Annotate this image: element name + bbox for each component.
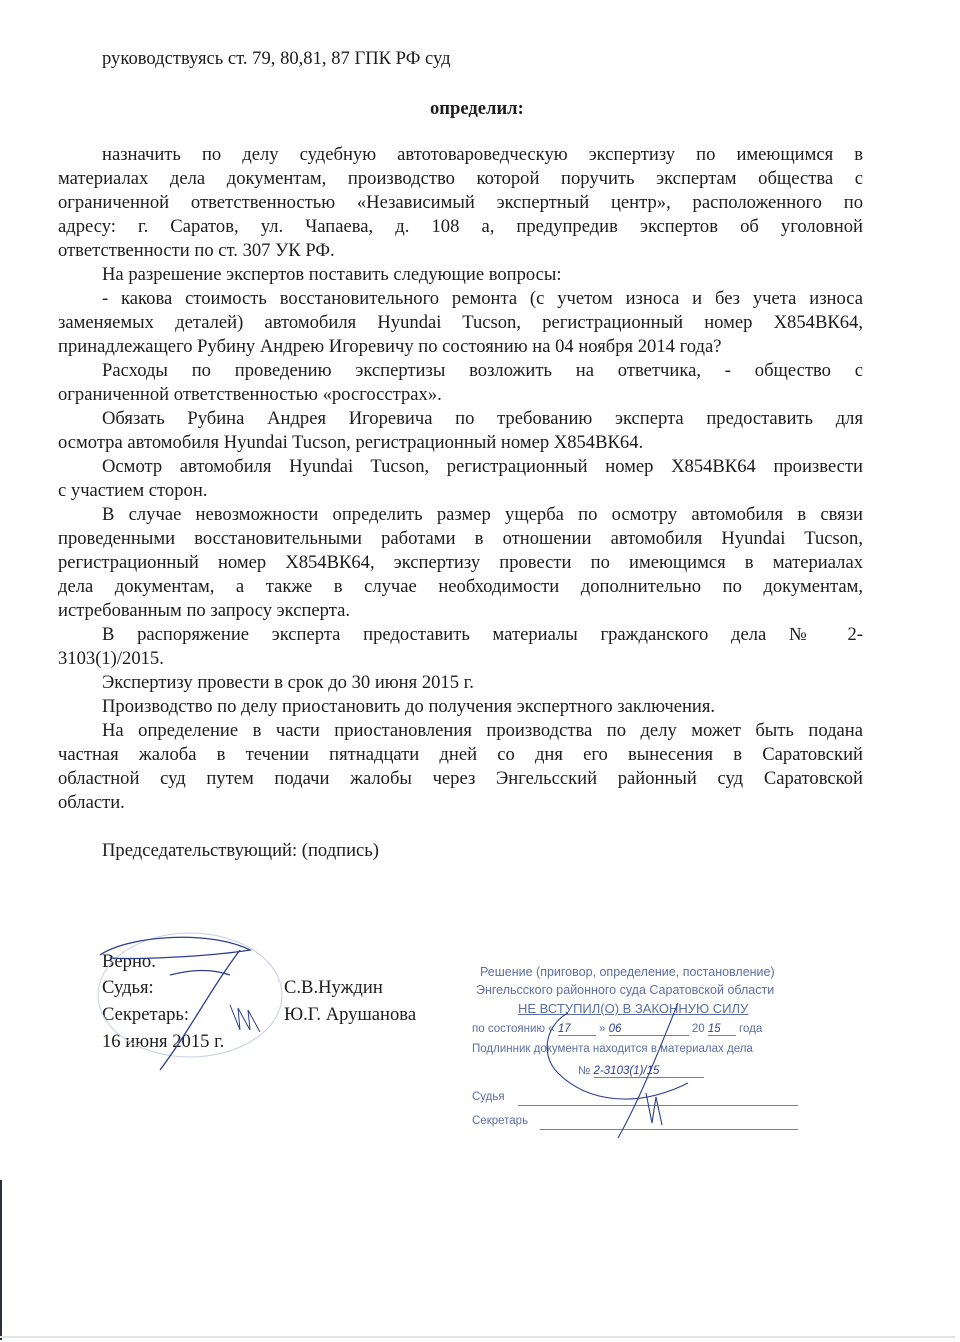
paragraph-suspension: Производство по делу приостановить до по… <box>102 696 715 718</box>
ruling-heading: определил: <box>430 98 524 120</box>
presiding-judge-line: Председательствующий: (подпись) <box>102 840 379 862</box>
scan-edge-bottom <box>0 1336 955 1338</box>
certification-date: 16 июня 2015 г. <box>102 1029 224 1054</box>
text-line: В распоряжение эксперта предоставить мат… <box>102 624 863 646</box>
stamp-secretary-label: Секретарь <box>472 1115 528 1127</box>
text-line: ограниченной ответственностью «росгосстр… <box>58 384 442 406</box>
text-line: частная жалоба в течении пятнадцати дней… <box>58 744 863 766</box>
judge-label: Судья: <box>102 975 154 1000</box>
judge-name: С.В.Нуждин <box>284 975 383 1000</box>
text-line: 3103(1)/2015. <box>58 648 164 670</box>
text-line: В случае невозможности определить размер… <box>102 504 863 526</box>
text-line: истребованным по запросу эксперта. <box>58 600 350 622</box>
secretary-name: Ю.Г. Арушанова <box>284 1002 416 1027</box>
text-line: заменяемых деталей) автомобиля Hyundai T… <box>58 312 863 334</box>
stamp-date-month: 06 <box>609 1023 689 1036</box>
text-line: области. <box>58 792 125 814</box>
paragraph-deadline: Экспертизу провести в срок до 30 июня 20… <box>102 672 474 694</box>
text-line: ответственности по ст. 307 УК РФ. <box>58 240 335 262</box>
verified-label: Верно. <box>102 949 156 974</box>
text-line: принадлежащего Рубину Андрею Игоревичу п… <box>58 336 721 358</box>
text-line: материалах дела документам, производство… <box>58 168 863 190</box>
text-line: регистрационный номер Х854ВК64, эксперти… <box>58 552 863 574</box>
text-line: Осмотр автомобиля Hyundai Tucson, регист… <box>102 456 863 478</box>
signature-scribble-icon <box>90 920 290 1080</box>
text-line: На определение в части приостановления п… <box>102 720 863 742</box>
stamp-date-suffix: года <box>739 1023 762 1035</box>
text-line: адресу: г. Саратов, ул. Чапаева, д. 108 … <box>58 216 863 238</box>
stamp-line-status: НЕ ВСТУПИЛ(О) В ЗАКОННУЮ СИЛУ <box>518 1001 748 1016</box>
text-line: дела документам, а также в случае необхо… <box>58 576 863 598</box>
court-stamp: Решение (приговор, определение, постанов… <box>468 963 828 1138</box>
text-line: с участием сторон. <box>58 480 207 502</box>
stamp-case-number: 2-3103(1)/15 <box>594 1065 704 1078</box>
stamp-date-year-prefix: 20 <box>692 1023 705 1035</box>
text-line: Обязать Рубина Андрея Игоревича по требо… <box>102 408 863 430</box>
stamp-line-court: Энгельсского районного суда Саратовской … <box>476 983 774 997</box>
stamp-judge-label: Судья <box>472 1091 505 1103</box>
text-line: осмотра автомобиля Hyundai Tucson, регис… <box>58 432 643 454</box>
scanned-court-ruling-page: руководствуясь ст. 79, 80,81, 87 ГПК РФ … <box>0 0 960 1342</box>
secretary-label: Секретарь: <box>102 1002 189 1027</box>
text-line: назначить по делу судебную автотоваровед… <box>102 144 863 166</box>
text-line: Расходы по проведению экспертизы возложи… <box>102 360 863 382</box>
intro-line: руководствуясь ст. 79, 80,81, 87 ГПК РФ … <box>102 48 451 70</box>
stamp-line-decision: Решение (приговор, определение, постанов… <box>480 965 775 979</box>
stamp-line-date: по состоянию « 17 » 06 20 15 года <box>472 1023 762 1036</box>
paragraph-questions-intro: На разрешение экспертов поставить следую… <box>102 264 562 286</box>
text-line: ограниченной ответственностью «Независим… <box>58 192 863 214</box>
stamp-line-number: № 2-3103(1)/15 <box>578 1065 704 1078</box>
stamp-date-mid: » <box>599 1023 605 1035</box>
stamp-secretary-signature-line <box>540 1129 798 1130</box>
stamp-date-prefix: по состоянию « <box>472 1023 555 1035</box>
text-line: областной суд путем подачи жалобы через … <box>58 768 863 790</box>
stamp-judge-signature-line <box>518 1105 798 1106</box>
stamp-line-original: Подлинник документа находится в материал… <box>472 1043 753 1055</box>
scan-edge-left <box>0 1180 2 1340</box>
stamp-number-prefix: № <box>578 1065 590 1077</box>
stamp-date-year: 15 <box>708 1023 736 1036</box>
text-line: проведенными восстановительными работами… <box>58 528 863 550</box>
stamp-date-day: 17 <box>558 1023 596 1036</box>
text-line: - какова стоимость восстановительного ре… <box>102 288 863 310</box>
